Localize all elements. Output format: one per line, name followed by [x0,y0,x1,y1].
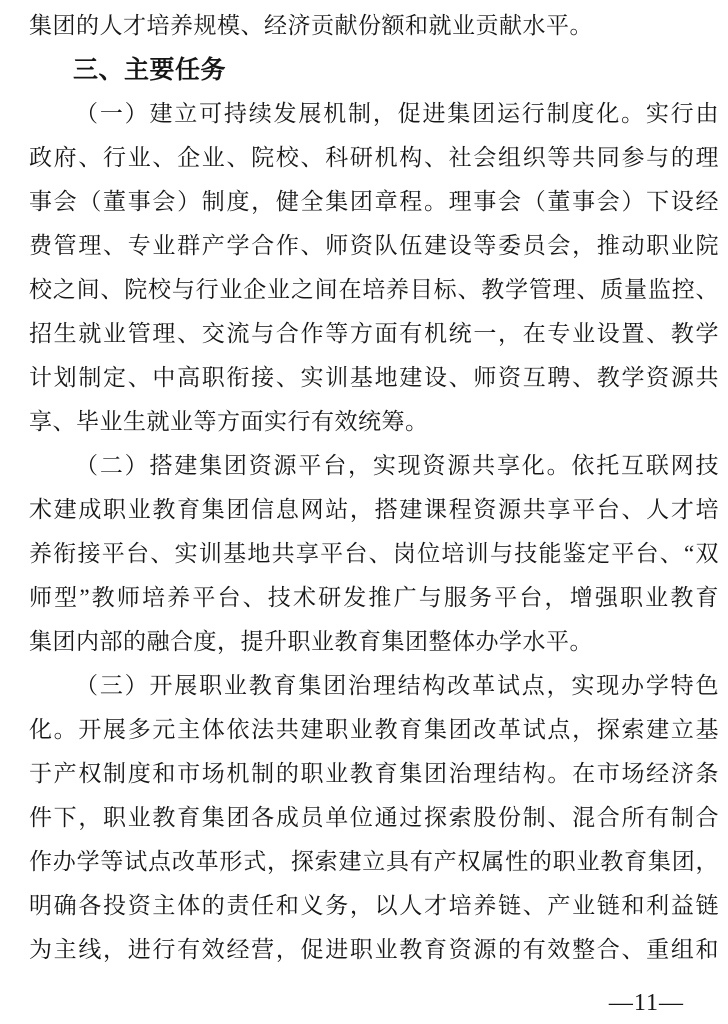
document-page: 集团的人才培养规模、经济贡献份额和就业贡献水平。三、主要任务（一）建立可持续发展… [0,0,728,1024]
text-line: 化。开展多元主体依法共建职业教育集团改革试点，探索建立基 [29,708,719,752]
text-line: （三）开展职业教育集团治理结构改革试点，实现办学特色 [29,664,719,708]
text-line: 享、毕业生就业等方面实行有效统筹。 [29,400,719,444]
section-heading: 三、主要任务 [29,48,719,92]
text-line: 事会（董事会）制度，健全集团章程。理事会（董事会）下设经 [29,180,719,224]
text-line: 作办学等试点改革形式，探索建立具有产权属性的职业教育集团， [29,840,719,884]
text-line: 招生就业管理、交流与合作等方面有机统一，在专业设置、教学 [29,312,719,356]
text-line: 费管理、专业群产学合作、师资队伍建设等委员会，推动职业院 [29,224,719,268]
text-line: 术建成职业教育集团信息网站，搭建课程资源共享平台、人才培 [29,488,719,532]
text-line: 件下，职业教育集团各成员单位通过探索股份制、混合所有制合 [29,796,719,840]
text-line: 师型”教师培养平台、技术研发推广与服务平台，增强职业教育 [29,576,719,620]
text-line: （一）建立可持续发展机制，促进集团运行制度化。实行由 [29,92,719,136]
text-line: 集团的人才培养规模、经济贡献份额和就业贡献水平。 [29,4,719,48]
text-line: 养衔接平台、实训基地共享平台、岗位培训与技能鉴定平台、“双 [29,532,719,576]
text-line: 集团内部的融合度，提升职业教育集团整体办学水平。 [29,620,719,664]
text-line: 校之间、院校与行业企业之间在培养目标、教学管理、质量监控、 [29,268,719,312]
document-body: 集团的人才培养规模、经济贡献份额和就业贡献水平。三、主要任务（一）建立可持续发展… [29,4,719,972]
text-line: 为主线，进行有效经营，促进职业教育资源的有效整合、重组和 [29,928,719,972]
text-line: 明确各投资主体的责任和义务，以人才培养链、产业链和利益链 [29,884,719,928]
text-line: 政府、行业、企业、院校、科研机构、社会组织等共同参与的理 [29,136,719,180]
text-line: 计划制定、中高职衔接、实训基地建设、师资互聘、教学资源共 [29,356,719,400]
text-line: 于产权制度和市场机制的职业教育集团治理结构。在市场经济条 [29,752,719,796]
text-line: （二）搭建集团资源平台，实现资源共享化。依托互联网技 [29,444,719,488]
page-number: —11— [609,990,684,1017]
